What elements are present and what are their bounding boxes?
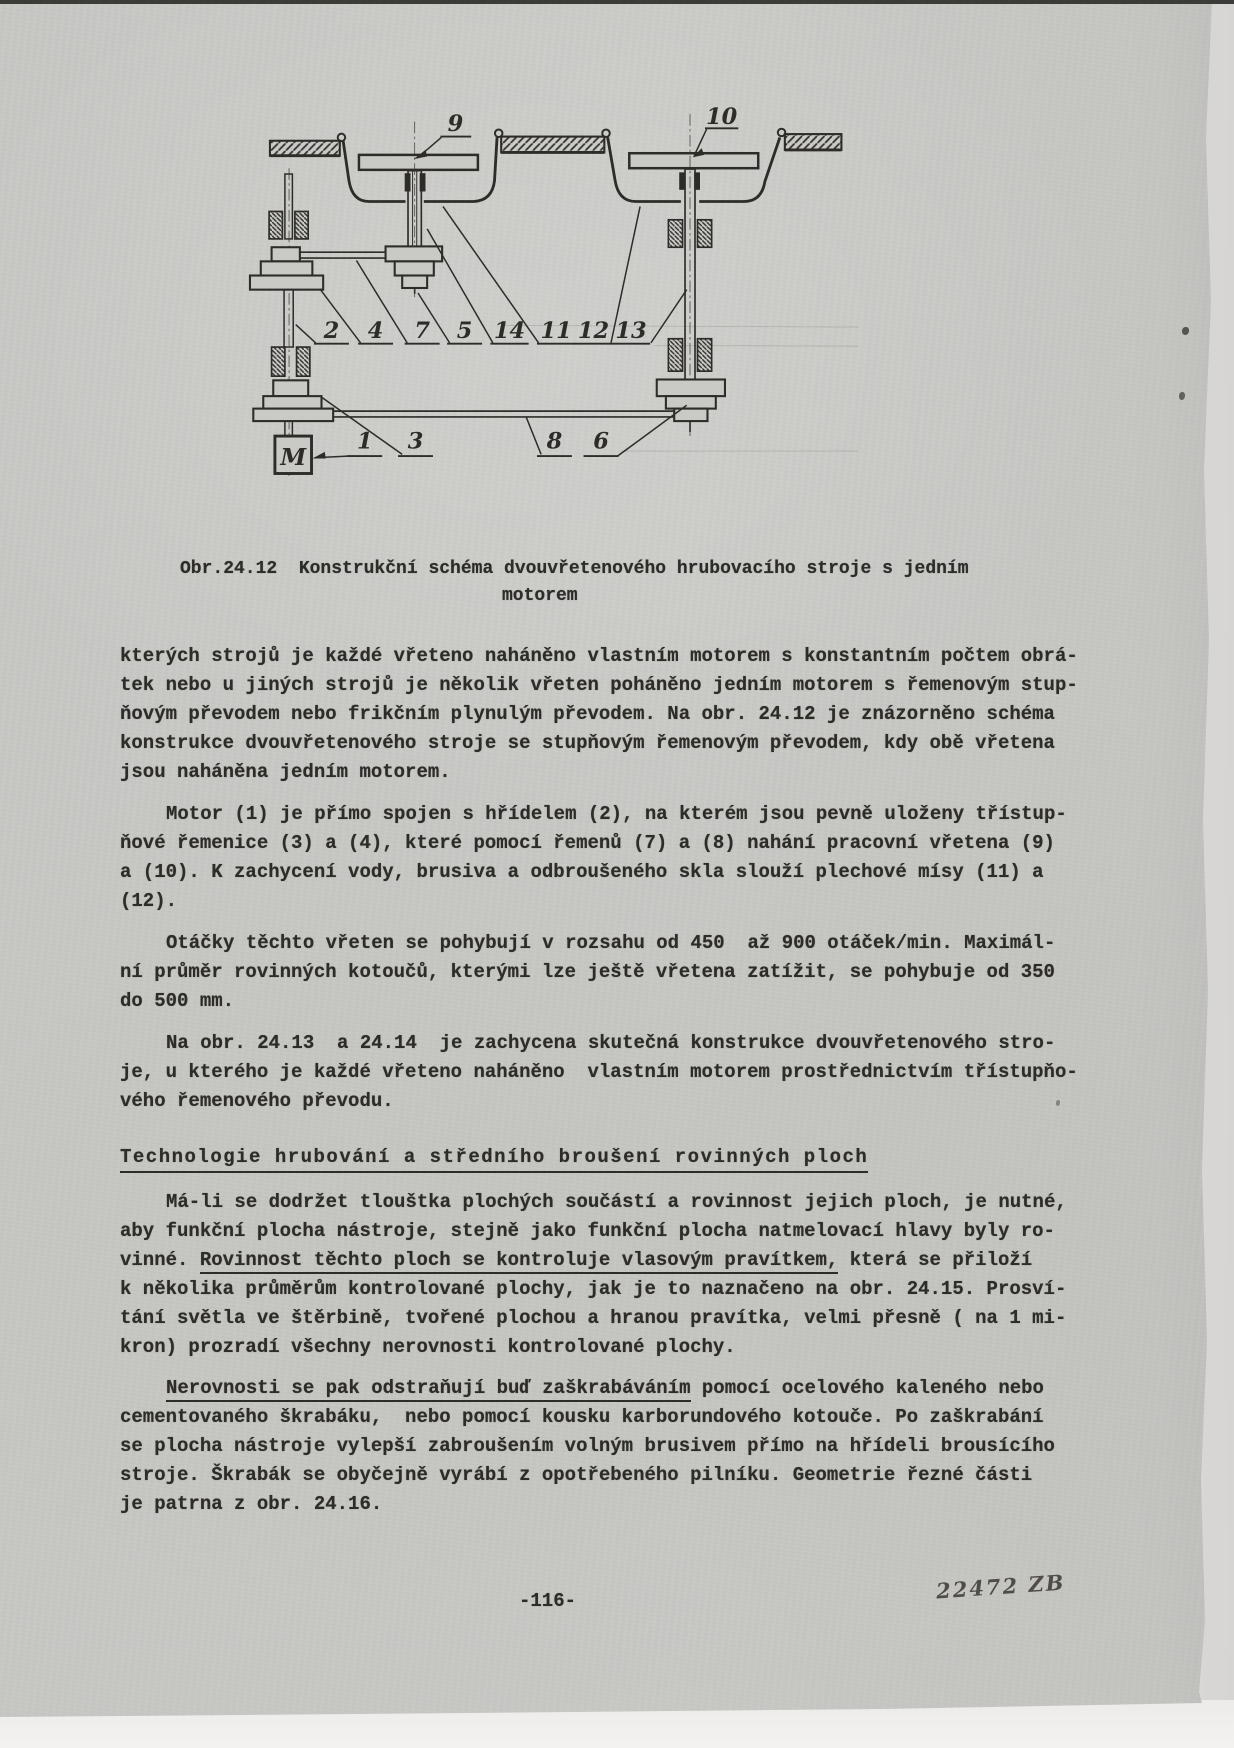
text-line: Otáčky těchto vřeten se pohybují v rozsa…	[120, 929, 1055, 958]
figure-caption: Obr.24.12 Konstrukční schéma dvouvřeteno…	[180, 556, 969, 610]
motor-box: M	[275, 436, 312, 473]
part-label-12: 12	[578, 318, 609, 344]
text-line: kron) prozradí všechny nerovnosti kontro…	[120, 1333, 1067, 1362]
scan-speck	[1182, 327, 1189, 335]
frame-bar-right	[785, 134, 842, 150]
step-pulley-drive-lower	[253, 380, 333, 421]
part-label-9: 9	[448, 111, 464, 137]
belt-lower	[333, 411, 675, 417]
text-line: ňové řemenice (3) a (4), které pomocí ře…	[120, 829, 1067, 858]
part-label-14: 14	[494, 318, 525, 344]
text-segment: vinné.	[120, 1249, 200, 1271]
part-label-4: 4	[368, 318, 384, 344]
text-line: je patrna z obr. 24.16.	[120, 1490, 1055, 1519]
text-line: je, u kterého je každé vřeteno naháněno …	[120, 1058, 1078, 1087]
text-line: do 500 mm.	[120, 987, 1055, 1016]
text-paragraph-4: Na obr. 24.13 a 24.14 je zachycena skute…	[120, 1029, 1078, 1116]
leader-arrowheads	[312, 148, 704, 458]
part-label-6: 6	[593, 429, 609, 455]
text-line: a (10). K zachycení vody, brusiva a odbr…	[120, 858, 1067, 887]
part-label-13: 13	[615, 318, 646, 344]
text-line: (12).	[120, 887, 1067, 916]
bearing-blocks-left-lower	[272, 347, 310, 376]
step-pulley-drive-upper	[250, 247, 323, 289]
text-line: ňovým převodem nebo frikčním plynulým př…	[120, 700, 1078, 729]
scan-speck	[1179, 392, 1185, 400]
part-label-10: 10	[706, 104, 738, 130]
scanned-page: M	[0, 0, 1234, 1748]
leader-lines	[296, 129, 707, 458]
part-label-7: 7	[414, 318, 430, 344]
inventory-stamp: 22472 ZB	[935, 1570, 1066, 1604]
machine-schematic-figure: M	[230, 95, 990, 565]
text-line: se plocha nástroje vylepší zabroušením v…	[120, 1432, 1055, 1461]
text-paragraph-3: Otáčky těchto vřeten se pohybují v rozsa…	[120, 929, 1055, 1016]
text-line: Motor (1) je přímo spojen s hřídelem (2)…	[120, 800, 1067, 829]
text-segment: která se přiloží	[838, 1249, 1032, 1271]
text-line: Má-li se dodržet tlouštka plochých součá…	[120, 1188, 1067, 1217]
text-line: konstrukce dvouvřetenového stroje se stu…	[120, 729, 1078, 758]
text-paragraph-5: Má-li se dodržet tlouštka plochých součá…	[120, 1188, 1067, 1362]
part-label-11: 11	[540, 318, 571, 344]
text-segment: pomocí ocelového kaleného nebo	[691, 1377, 1044, 1399]
part-label-2: 2	[323, 318, 340, 344]
text-line-with-underline: Nerovnosti se pak odstraňují buď zaškrab…	[120, 1374, 1055, 1403]
spindle-collars	[405, 172, 700, 191]
underlined-text-segment: Rovinnost těchto ploch se kontroluje vla…	[200, 1249, 839, 1274]
part-label-5: 5	[457, 318, 473, 344]
text-line: tání světla ve štěrbině, tvořené plochou…	[120, 1304, 1067, 1333]
text-paragraph-1: kterých strojů je každé vřeteno naháněno…	[120, 642, 1078, 787]
paper-sheet: M	[0, 0, 1234, 1748]
part-label-1: 1	[357, 429, 373, 455]
text-paragraph-2: Motor (1) je přímo spojen s hřídelem (2)…	[120, 800, 1067, 916]
drive-shaft-stub	[285, 421, 292, 436]
caption-line: Obr.24.12 Konstrukční schéma dvouvřeteno…	[180, 556, 969, 583]
motor-letter: M	[279, 444, 307, 471]
text-line: vého řemenového převodu.	[120, 1087, 1078, 1116]
caption-line: motorem	[180, 583, 969, 610]
text-line-with-underline: vinné. Rovinnost těchto ploch se kontrol…	[120, 1246, 1067, 1275]
text-line: cementovaného škrabáku, nebo pomocí kous…	[120, 1403, 1055, 1432]
page-number: -116-	[519, 1590, 576, 1612]
scan-top-edge	[0, 0, 1234, 4]
frame-bar-left	[270, 141, 340, 156]
frame-bar-middle	[501, 137, 604, 153]
section-heading: Technologie hrubování a středního brouše…	[120, 1146, 868, 1168]
belt-upper	[300, 252, 386, 258]
section-heading-text: Technologie hrubování a středního brouše…	[120, 1146, 868, 1173]
step-pulley-right	[657, 379, 725, 431]
drive-shaft-upper	[285, 174, 292, 239]
text-line: kterých strojů je každé vřeteno naháněno…	[120, 642, 1078, 671]
text-line: aby funkční plocha nástroje, stejně jako…	[120, 1217, 1067, 1246]
text-line: tek nebo u jiných strojů je několik vřet…	[120, 671, 1078, 700]
text-line: stroje. Škrabák se obyčejně vyrábí z opo…	[120, 1461, 1055, 1490]
part-label-8: 8	[546, 429, 563, 455]
text-line: jsou naháněna jedním motorem.	[120, 758, 1078, 787]
text-line: Na obr. 24.13 a 24.14 je zachycena skute…	[120, 1029, 1078, 1058]
underlined-text-segment: Nerovnosti se pak odstraňují buď zaškrab…	[166, 1377, 691, 1402]
step-pulley-spindle-left	[386, 246, 443, 293]
text-line: k několika průměrům kontrolované plochy,…	[120, 1275, 1067, 1304]
part-label-3: 3	[408, 429, 424, 455]
text-line: ní průměr rovinných kotoučů, kterými lze…	[120, 958, 1055, 987]
text-paragraph-6: Nerovnosti se pak odstraňují buď zaškrab…	[120, 1374, 1055, 1519]
